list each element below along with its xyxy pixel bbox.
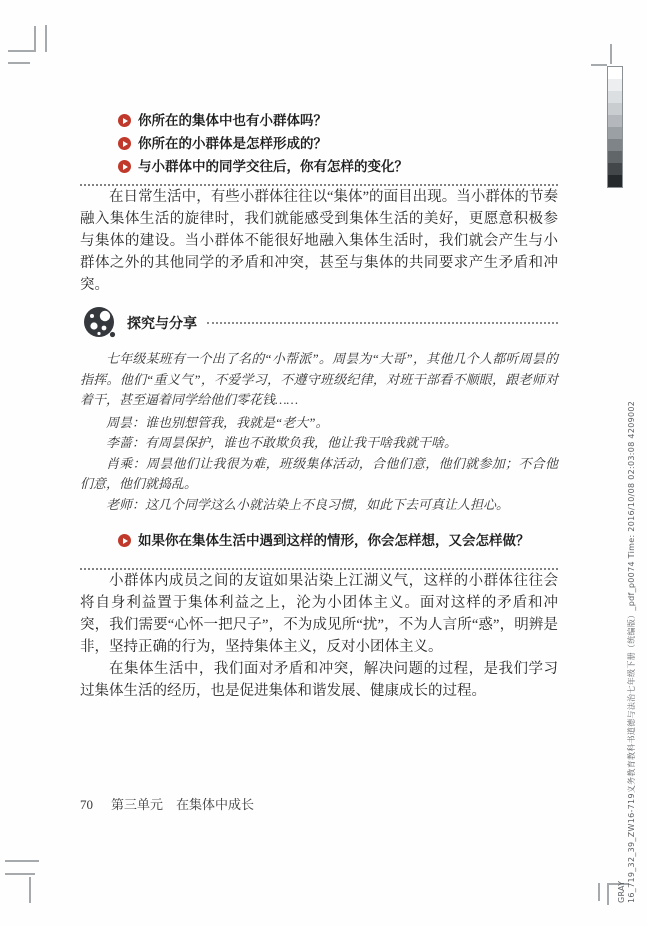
explore-share-label: 探究与分享 — [127, 313, 197, 333]
arrow-circle-icon — [118, 160, 131, 173]
dialogue-line: 肖乘：周昙他们让我很为难，班级集体活动，合他们意，他们就参加；不合他们意，他们就… — [80, 454, 558, 495]
dialogue-line: 李蔷：有周昙保护，谁也不敢欺负我，他让我干啥我就干啥。 — [80, 433, 558, 454]
unit-label: 第三单元 — [111, 797, 163, 812]
trim-mark-top-left-h1 — [8, 50, 36, 52]
trim-mark-bottom-left-h1 — [5, 860, 39, 862]
arrow-circle-icon — [118, 534, 131, 547]
explore-question-text: 如果你在集体生活中遇到这样的情形，你会怎样想，又会怎样做？ — [138, 529, 530, 552]
dialogue-line: 老师：这几个同学这么小就沾染上不良习惯，如此下去可真让人担心。 — [80, 495, 558, 516]
explore-question-row: 如果你在集体生活中遇到这样的情形，你会怎样想，又会怎样做？ — [118, 529, 558, 552]
unit-title: 在集体中成长 — [176, 797, 254, 812]
explore-story: 七年级某班有一个出了名的“小帮派”。周昙为“大哥”，其他几个人都听周昙的指挥。他… — [80, 349, 558, 411]
print-margin-block: GRAY 16_719_32_39_ZW16-719义务教育教科书道德与法治七年… — [617, 351, 636, 903]
page-footer: 70第三单元在集体中成长 — [80, 794, 254, 813]
arrow-circle-icon — [118, 114, 131, 127]
trim-mark-top-left-h2 — [8, 62, 30, 64]
trim-mark-bottom-right-v1 — [598, 883, 600, 901]
print-margin-info: 16_719_32_39_ZW16-719义务教育教科书道德与法治七年级下册（统… — [627, 351, 637, 903]
dialogue-line: 周昙：谁也别想管我，我就是“老大”。 — [80, 413, 558, 434]
trim-mark-bottom-left-v — [29, 877, 31, 903]
header-dotted-rule — [207, 322, 558, 324]
body-paragraph: 小群体内成员之间的友谊如果沾染上江湖义气，这样的小群体往往会将自身利益置于集体利… — [80, 570, 558, 658]
explore-share-icon — [82, 305, 118, 341]
intro-question-row: 与小群体中的同学交往后，你有怎样的变化？ — [118, 155, 558, 178]
intro-question-row: 你所在的集体中也有小群体吗？ — [118, 109, 558, 132]
trim-mark-top-right-v — [610, 44, 612, 64]
page-content: 你所在的集体中也有小群体吗？ 你所在的小群体是怎样形成的？ 与小群体中的同学交往… — [80, 109, 558, 702]
trim-mark-top-right-h — [591, 64, 607, 66]
trim-mark-bottom-right-v2 — [607, 883, 609, 905]
print-margin-gray-label: GRAY — [617, 351, 627, 903]
intro-question-text: 你所在的集体中也有小群体吗？ — [138, 109, 327, 132]
explore-dialogue: 周昙：谁也别想管我，我就是“老大”。 李蔷：有周昙保护，谁也不敢欺负我，他让我干… — [80, 413, 558, 516]
body-paragraph: 在集体生活中，我们面对矛盾和冲突，解决问题的过程，是我们学习过集体生活的经历，也… — [80, 658, 558, 702]
arrow-circle-icon — [118, 137, 131, 150]
intro-question-text: 与小群体中的同学交往后，你有怎样的变化？ — [138, 155, 408, 178]
trim-mark-top-left-v2 — [45, 25, 47, 52]
intro-question-row: 你所在的小群体是怎样形成的？ — [118, 132, 558, 155]
page-number: 70 — [80, 797, 93, 812]
trim-mark-bottom-left-h2 — [5, 873, 35, 875]
intro-question-text: 你所在的小群体是怎样形成的？ — [138, 132, 327, 155]
body-paragraph: 在日常生活中，有些小群体往往以“集体”的面目出现。当小群体的节奏融入集体生活的旋… — [80, 186, 558, 296]
trim-mark-top-left-v1 — [34, 26, 36, 52]
explore-share-header: 探究与分享 — [80, 305, 558, 341]
grayscale-calibration-bar — [607, 66, 623, 188]
